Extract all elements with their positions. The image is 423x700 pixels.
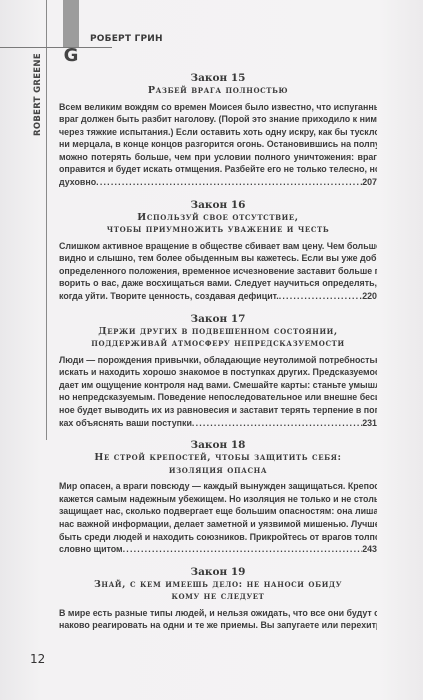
- law-title: Используй свое отсутствие, чтобы приумно…: [59, 212, 377, 237]
- law-title-line: поддерживай атмосферу непредсказуемости: [59, 338, 377, 351]
- leader-dots: ........................................…: [123, 543, 363, 556]
- text-line: Слишком активное вращение в обществе сби…: [59, 240, 377, 253]
- law-summary: Мир опасен, а враги повсюду — каждый вын…: [59, 480, 377, 556]
- law-title-line: Не строй крепостей, чтобы защитить себя:: [59, 452, 377, 465]
- law-number: Закон 18: [59, 439, 377, 452]
- text-line: В мире есть разные типы людей, и нельзя …: [59, 607, 377, 620]
- text-line: Мир опасен, а враги повсюду — каждый вын…: [59, 480, 377, 493]
- law-number: Закон 15: [59, 72, 377, 85]
- g-logo-icon: G: [62, 48, 80, 64]
- text-line: ках объяснять ваши поступки: [59, 417, 192, 430]
- leader-dots: ........................................…: [96, 176, 362, 189]
- text-line: видно и слышно, тем более обыденным вы к…: [59, 252, 377, 265]
- margin-vertical-rule: [46, 0, 47, 440]
- running-header-author: РОБЕРТ ГРИН: [90, 34, 163, 44]
- law-title-line: изоляция опасна: [59, 465, 377, 478]
- book-page: G РОБЕРТ ГРИН ROBERT GREENE Закон 15 Раз…: [0, 0, 423, 700]
- side-author-name: ROBERT GREENE: [33, 53, 43, 136]
- law-entry: Закон 17 Держи других в подвешенном сост…: [59, 313, 377, 430]
- text-line: быть среди людей и находить союзников. П…: [59, 531, 377, 544]
- text-line: через тяжкие испытания.) Если оставить х…: [59, 126, 377, 139]
- law-title-line: Держи других в подвешенном состоянии,: [59, 326, 377, 339]
- law-summary: Люди — порождения привычки, обладающие н…: [59, 354, 377, 430]
- text-line: наково реагировать на одни и те же прием…: [59, 619, 377, 632]
- law-number: Закон 17: [59, 313, 377, 326]
- law-summary: Всем великим вождям со времен Моисея был…: [59, 101, 377, 189]
- law-title: Не строй крепостей, чтобы защитить себя:…: [59, 452, 377, 477]
- law-title-line: кому не следует: [59, 591, 377, 604]
- law-entry: Закон 18 Не строй крепостей, чтобы защит…: [59, 439, 377, 556]
- leader-dots: ........................................…: [192, 417, 362, 430]
- text-line: Всем великим вождям со времен Моисея был…: [59, 101, 377, 114]
- leader-dots: ........................................…: [279, 290, 362, 303]
- text-line: ное будет выводить их из равновесия и за…: [59, 404, 377, 417]
- law-title: Разбей врага полностью: [59, 85, 377, 98]
- text-line: можно потерять больше, чем при условии п…: [59, 151, 377, 164]
- text-line: Люди — порождения привычки, обладающие н…: [59, 354, 377, 367]
- text-line: словно щитом: [59, 543, 123, 556]
- text-line: нас важной информации, делает заметной и…: [59, 518, 377, 531]
- law-entry: Закон 16 Используй свое отсутствие, чтоб…: [59, 199, 377, 303]
- text-line: ворить о вас, даже восхищаться вами. Сле…: [59, 277, 377, 290]
- text-line-with-page: духовно ................................…: [59, 176, 377, 189]
- law-title-line: Используй свое отсутствие,: [59, 212, 377, 225]
- text-line: духовно: [59, 176, 96, 189]
- page-reference[interactable]: 207: [362, 176, 377, 189]
- law-entry: Закон 15 Разбей врага полностью Всем вел…: [59, 72, 377, 189]
- header-gray-bar: [63, 0, 79, 47]
- text-line: защищает нас, сколько подвергает еще бол…: [59, 505, 377, 518]
- page-number: 12: [30, 652, 45, 666]
- law-title-line: чтобы приумножить уважение и честь: [59, 224, 377, 237]
- table-of-contents: Закон 15 Разбей врага полностью Всем вел…: [59, 72, 377, 642]
- text-line: ни мерцала, в конце концов разгорится ог…: [59, 138, 377, 151]
- text-line: искать и находить хорошо знакомое в пост…: [59, 366, 377, 379]
- law-entry: Закон 19 Знай, с кем имеешь дело: не нан…: [59, 566, 377, 632]
- law-number: Закон 16: [59, 199, 377, 212]
- header-horizontal-rule: [0, 47, 112, 48]
- text-line: но непредсказуемым. Поведение непоследов…: [59, 391, 377, 404]
- text-line: дает им ощущение контроля над вами. Смеш…: [59, 379, 377, 392]
- text-line: определенного положения, временное исчез…: [59, 265, 377, 278]
- law-number: Закон 19: [59, 566, 377, 579]
- text-line: враг должен быть разбит наголову. (Порой…: [59, 113, 377, 126]
- law-summary: В мире есть разные типы людей, и нельзя …: [59, 607, 377, 632]
- page-reference[interactable]: 220: [362, 290, 377, 303]
- text-line-with-page: словно щитом ...........................…: [59, 543, 377, 556]
- text-line: оправится и будет искать отмщения. Разбе…: [59, 163, 377, 176]
- text-line: когда уйти. Творите ценность, создавая д…: [59, 290, 279, 303]
- page-reference[interactable]: 243: [362, 543, 377, 556]
- page-reference[interactable]: 231: [362, 417, 377, 430]
- text-line-with-page: ках объяснять ваши поступки ............…: [59, 417, 377, 430]
- law-title-line: Разбей врага полностью: [59, 85, 377, 98]
- law-title: Знай, с кем имеешь дело: не наноси обиду…: [59, 579, 377, 604]
- text-line: кажется самым надежным убежищем. Но изол…: [59, 493, 377, 506]
- text-line-with-page: когда уйти. Творите ценность, создавая д…: [59, 290, 377, 303]
- law-summary: Слишком активное вращение в обществе сби…: [59, 240, 377, 303]
- law-title-line: Знай, с кем имеешь дело: не наноси обиду: [59, 579, 377, 592]
- law-title: Держи других в подвешенном состоянии, по…: [59, 326, 377, 351]
